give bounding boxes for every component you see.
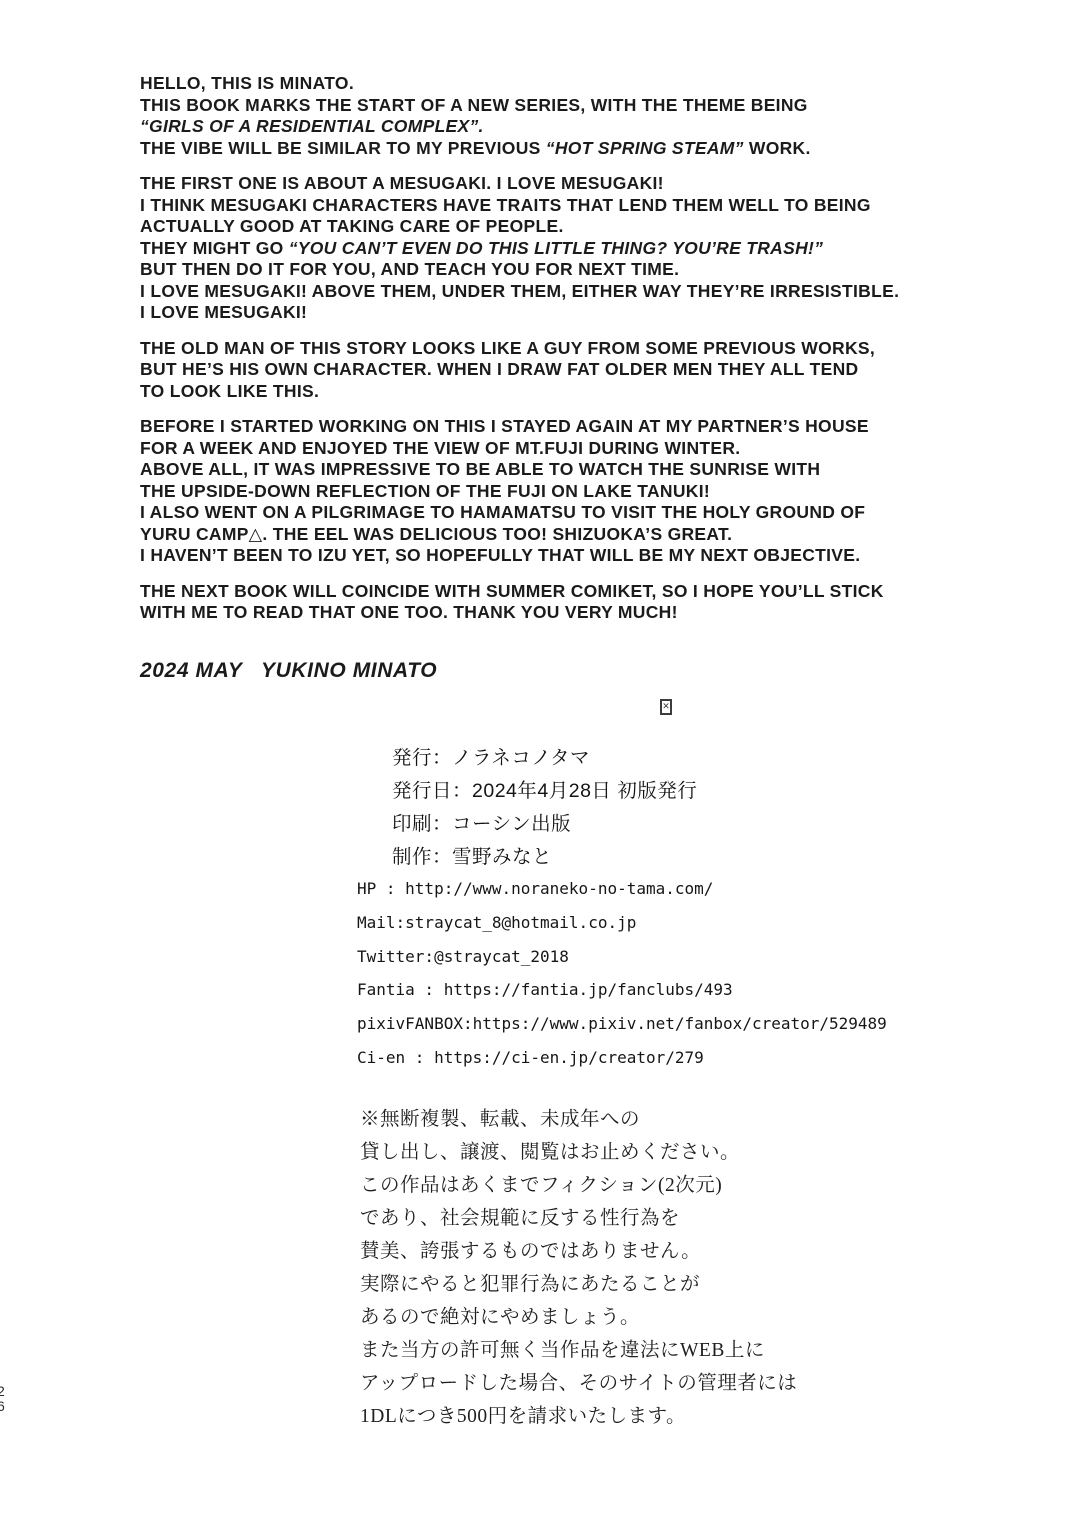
afterword-paragraph: BEFORE I STARTED WORKING ON THIS I STAYE… xyxy=(140,416,1000,567)
author-signature: 2024 MAY YUKINO MINATO xyxy=(140,659,437,683)
disclaimer-line: アップロードした場合、そのサイトの管理者には xyxy=(360,1367,797,1400)
link-line: Mail:straycat_8@hotmail.co.jp xyxy=(357,906,887,940)
afterword-line: TO LOOK LIKE THIS. xyxy=(140,381,1000,403)
afterword-line: ABOVE ALL, IT WAS IMPRESSIVE TO BE ABLE … xyxy=(140,459,1000,481)
colophon-links: HP : http://www.noraneko-no-tama.com/Mai… xyxy=(357,872,887,1075)
afterword-text-block: HELLO, THIS IS MINATO.THIS BOOK MARKS TH… xyxy=(140,73,1000,638)
afterword-paragraph: THE FIRST ONE IS ABOUT A MESUGAKI. I LOV… xyxy=(140,173,1000,324)
afterword-line: THE OLD MAN OF THIS STORY LOOKS LIKE A G… xyxy=(140,338,1000,360)
afterword-paragraph: THE OLD MAN OF THIS STORY LOOKS LIKE A G… xyxy=(140,338,1000,403)
afterword-line: THE VIBE WILL BE SIMILAR TO MY PREVIOUS … xyxy=(140,138,1000,160)
colophon-disclaimer: ※無断複製、転載、未成年への貸し出し、譲渡、閲覧はお止めください。この作品はあく… xyxy=(360,1103,797,1433)
disclaimer-line: ※無断複製、転載、未成年への xyxy=(360,1103,797,1136)
afterword-line: I THINK MESUGAKI CHARACTERS HAVE TRAITS … xyxy=(140,195,1000,217)
link-line: pixivFANBOX:https://www.pixiv.net/fanbox… xyxy=(357,1007,887,1041)
disclaimer-line: 実際にやると犯罪行為にあたることが xyxy=(360,1268,797,1301)
afterword-page: HELLO, THIS IS MINATO.THIS BOOK MARKS TH… xyxy=(0,0,1080,1525)
afterword-paragraph: HELLO, THIS IS MINATO.THIS BOOK MARKS TH… xyxy=(140,73,1000,159)
afterword-line: YURU CAMP△. THE EEL WAS DELICIOUS TOO! S… xyxy=(140,524,1000,546)
afterword-line: I ALSO WENT ON A PILGRIMAGE TO HAMAMATSU… xyxy=(140,502,1000,524)
disclaimer-line: 貸し出し、譲渡、閲覧はお止めください。 xyxy=(360,1136,797,1169)
credit-line: 印刷：コーシン出版 xyxy=(392,808,697,841)
afterword-line: THE FIRST ONE IS ABOUT A MESUGAKI. I LOV… xyxy=(140,173,1000,195)
missing-glyph-box: ✕ xyxy=(660,699,672,715)
credit-line: 発行日：2024年4月28日 初版発行 xyxy=(392,775,697,808)
link-line: Twitter:@straycat_2018 xyxy=(357,940,887,974)
afterword-line: THE UPSIDE-DOWN REFLECTION OF THE FUJI O… xyxy=(140,481,1000,503)
afterword-line: THIS BOOK MARKS THE START OF A NEW SERIE… xyxy=(140,95,1000,117)
afterword-line: BEFORE I STARTED WORKING ON THIS I STAYE… xyxy=(140,416,1000,438)
afterword-line: THEY MIGHT GO “YOU CAN’T EVEN DO THIS LI… xyxy=(140,238,1000,260)
disclaimer-line: であり、社会規範に反する性行為を xyxy=(360,1202,797,1235)
afterword-line: I LOVE MESUGAKI! ABOVE THEM, UNDER THEM,… xyxy=(140,281,1000,303)
afterword-line: THE NEXT BOOK WILL COINCIDE WITH SUMMER … xyxy=(140,581,1000,603)
page-number: 26 xyxy=(0,1384,8,1414)
disclaimer-line: また当方の許可無く当作品を違法にWEB上に xyxy=(360,1334,797,1367)
afterword-paragraph: THE NEXT BOOK WILL COINCIDE WITH SUMMER … xyxy=(140,581,1000,624)
afterword-line: “GIRLS OF A RESIDENTIAL COMPLEX”. xyxy=(140,116,1000,138)
link-line: HP : http://www.noraneko-no-tama.com/ xyxy=(357,872,887,906)
afterword-line: FOR A WEEK AND ENJOYED THE VIEW OF MT.FU… xyxy=(140,438,1000,460)
afterword-line: HELLO, THIS IS MINATO. xyxy=(140,73,1000,95)
afterword-line: WITH ME TO READ THAT ONE TOO. THANK YOU … xyxy=(140,602,1000,624)
link-line: Ci-en : https://ci-en.jp/creator/279 xyxy=(357,1041,887,1075)
credit-line: 制作：雪野みなと xyxy=(392,841,697,874)
disclaimer-line: 1DLにつき500円を請求いたします。 xyxy=(360,1400,797,1433)
afterword-line: I HAVEN’T BEEN TO IZU YET, SO HOPEFULLY … xyxy=(140,545,1000,567)
disclaimer-line: 賛美、誇張するものではありません。 xyxy=(360,1235,797,1268)
credit-line: 発行：ノラネコノタマ xyxy=(392,742,697,775)
afterword-line: BUT HE’S HIS OWN CHARACTER. WHEN I DRAW … xyxy=(140,359,1000,381)
link-line: Fantia : https://fantia.jp/fanclubs/493 xyxy=(357,973,887,1007)
afterword-line: ACTUALLY GOOD AT TAKING CARE OF PEOPLE. xyxy=(140,216,1000,238)
disclaimer-line: この作品はあくまでフィクション(2次元) xyxy=(360,1169,797,1202)
colophon-credits: 発行：ノラネコノタマ発行日：2024年4月28日 初版発行印刷：コーシン出版制作… xyxy=(392,742,697,874)
afterword-line: I LOVE MESUGAKI! xyxy=(140,302,1000,324)
afterword-line: BUT THEN DO IT FOR YOU, AND TEACH YOU FO… xyxy=(140,259,1000,281)
disclaimer-line: あるので絶対にやめましょう。 xyxy=(360,1301,797,1334)
